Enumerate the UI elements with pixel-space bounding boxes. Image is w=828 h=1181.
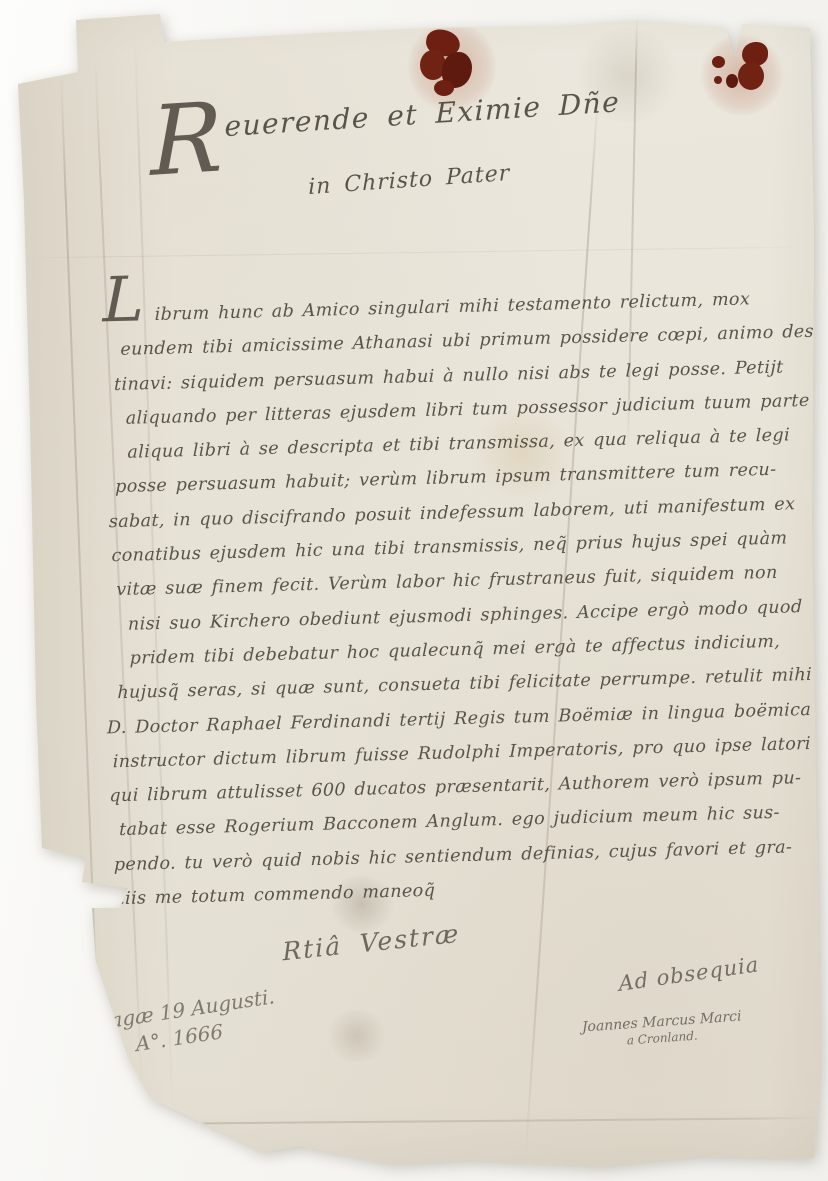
wax-seal-fragment bbox=[726, 74, 738, 88]
heading-initial-letter: R bbox=[150, 102, 223, 177]
wax-seal-fragment bbox=[714, 76, 722, 84]
wax-seal-fragment bbox=[738, 62, 764, 90]
body-initial-letter: L bbox=[103, 282, 145, 317]
ink-smudge bbox=[324, 1010, 390, 1062]
wax-seal-fragment bbox=[712, 56, 725, 68]
letter-paper: Reuerende et Eximie Dñe in Christo Pater… bbox=[0, 0, 828, 1181]
photograph-background: Reuerende et Eximie Dñe in Christo Pater… bbox=[0, 0, 828, 1181]
letter-paper-shadow: Reuerende et Eximie Dñe in Christo Pater… bbox=[0, 0, 828, 1181]
letter-body: L ibrum hunc ab Amico singulari mihi tes… bbox=[105, 281, 820, 917]
wax-seal-right bbox=[700, 34, 784, 116]
